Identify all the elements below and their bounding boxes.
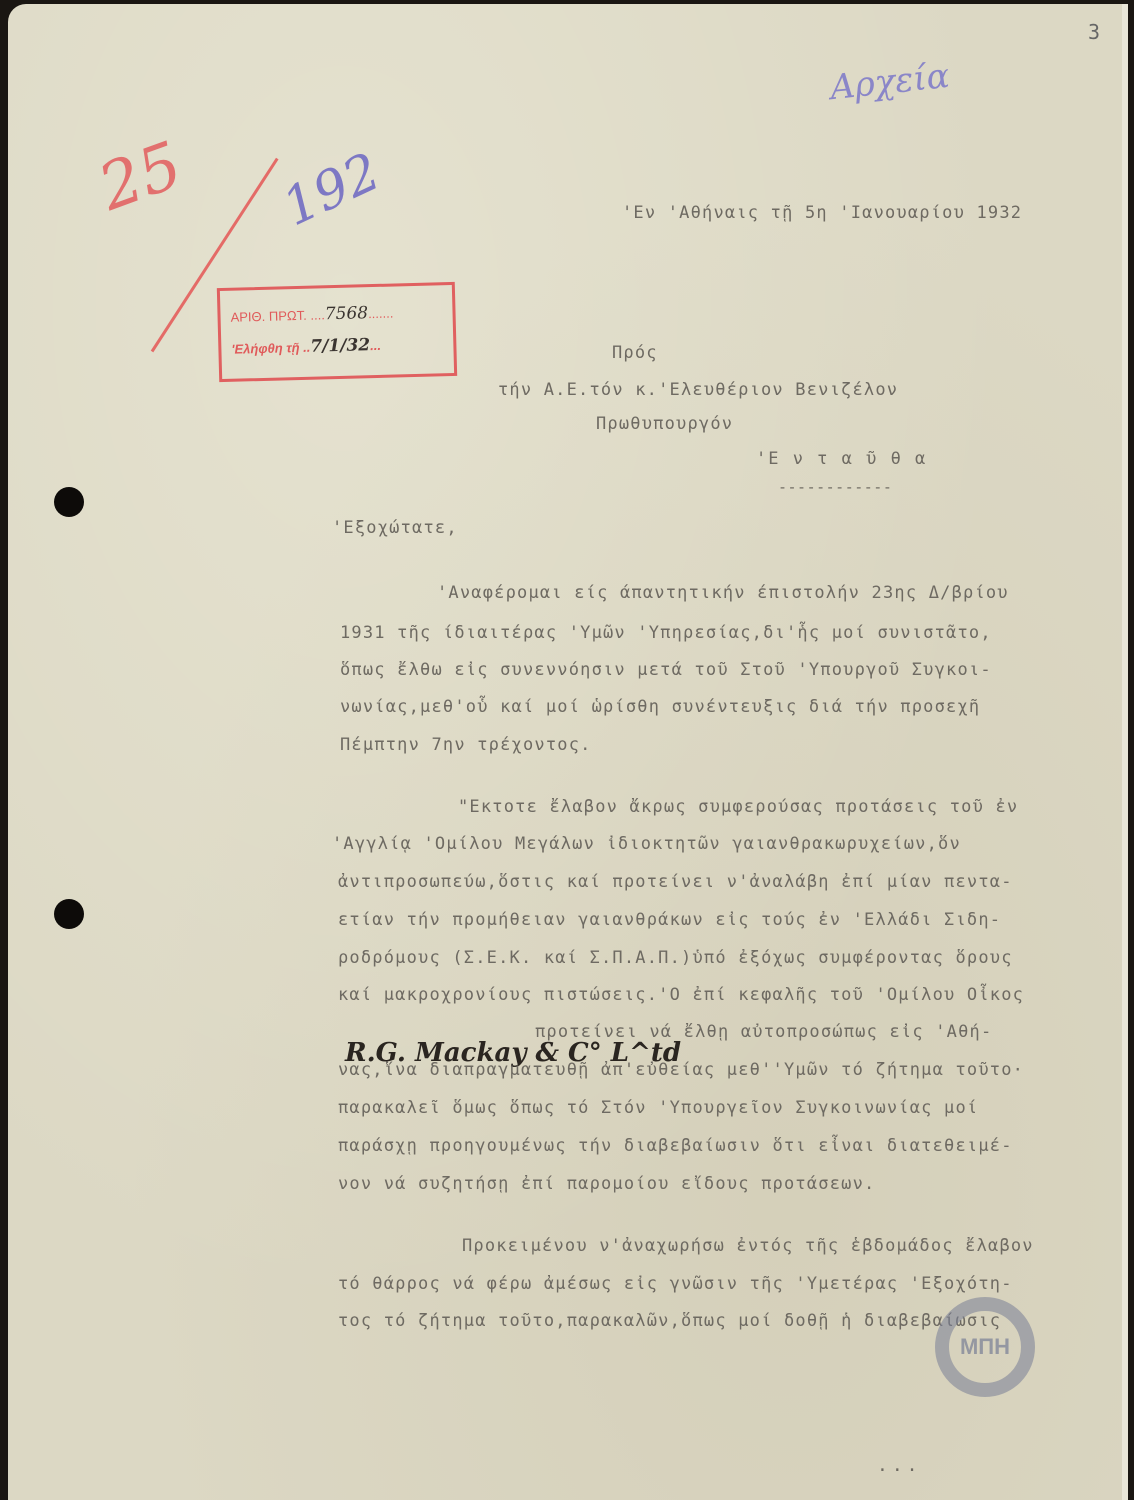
- punch-hole: [54, 487, 84, 517]
- stamp-received-label: 'Ελήφθη τῇ: [231, 340, 300, 357]
- body-line: νον νά συζητήσῃ ἐπί παρομοίου εἴδους προ…: [338, 1174, 875, 1194]
- body-line: προτείνει νά ἔλθῃ αὐτοπροσώπως εἰς 'Αθή-: [535, 1022, 992, 1042]
- body-line: νωνίας,μεθ'οὗ καί μοί ὡρίσθη συνέντευξις…: [340, 697, 980, 717]
- page-number: 3: [1088, 20, 1100, 44]
- continuation-marker: ...: [877, 1455, 922, 1476]
- received-stamp: ΑΡΙΘ. ΠΡΩΤ. ....7568....... 'Ελήφθη τῇ .…: [217, 282, 457, 382]
- punch-hole: [54, 899, 84, 929]
- body-line: 'Αναφέρομαι είς άπαντητικήν έπιστολήν 23…: [437, 583, 1009, 603]
- body-line: Πέμπτην 7ην τρέχοντος.: [340, 735, 592, 755]
- salutation: 'Εξοχώτατε,: [332, 518, 458, 538]
- body-line: ετίαν τήν προμήθειαν γαιανθράκων εἰς τού…: [338, 910, 1001, 930]
- body-line: παρακαλεῖ ὅμως ὅπως τό Στόν 'Υπουργεῖον …: [338, 1098, 978, 1118]
- address-recipient: τήν Α.Ε.τόν κ.'Ελευθέριον Βενιζέλον: [498, 380, 898, 400]
- location-underline: ------------: [778, 478, 892, 496]
- stamp-received-date: 7/1/32: [310, 335, 370, 357]
- body-line: "Εκτοτε ἔλαβον ἄκρως συμφερούσας προτάσε…: [458, 797, 1018, 817]
- body-line: τος τό ζήτημα τοῦτο,παρακαλῶν,ὅπως μοί δ…: [338, 1311, 1001, 1331]
- body-line: νας,ἵνα διαπραγματευθῇ ἀπ'εὐθείας μεθ''Υ…: [338, 1060, 1024, 1080]
- body-line: Προκειμένου ν'ἀναχωρήσω ἐντός τῆς ἑβδομά…: [462, 1236, 1034, 1256]
- body-line: ὅπως ἔλθω εἰς συνεννόησιν μετά τοῦ Στοῦ …: [340, 660, 992, 680]
- address-location: 'Ε ν τ α ῦ θ α: [756, 449, 927, 469]
- body-line: καί μακροχρονίους πιστώσεις.'Ο ἐπί κεφαλ…: [338, 985, 1024, 1005]
- body-line: τό θάρρος νά φέρω ἀμέσως εἰς γνῶσιν τῆς …: [338, 1274, 1013, 1294]
- body-line: παράσχῃ προηγουμένως τήν διαβεβαίωσιν ὅτ…: [338, 1136, 1013, 1156]
- body-line: ροδρόμους (Σ.Ε.Κ. καί Σ.Π.Α.Π.)ὑπό ἐξόχω…: [338, 948, 1013, 968]
- stamp-protocol-number: 7568: [325, 303, 369, 324]
- archive-seal-icon: ΜΠΗ: [935, 1297, 1035, 1397]
- body-line: 1931 τῆς ίδιαιτέρας 'Υμῶν 'Υπηρεσίας,δι'…: [340, 623, 992, 643]
- body-line: ἀντιπροσωπεύω,ὅστις καί προτείνει ν'ἀναλ…: [338, 872, 1013, 892]
- address-pros: Πρός: [612, 343, 658, 363]
- page-edge: [1122, 4, 1128, 1500]
- dateline: 'Εν 'Αθήναις τῇ 5η 'Ιανουαρίου 1932: [622, 203, 1022, 223]
- address-title: Πρωθυπουργόν: [596, 414, 733, 434]
- body-line: 'Αγγλίᾳ 'Ομίλου Μεγάλων ἰδιοκτητῶν γαιαν…: [332, 834, 961, 854]
- stamp-protocol-label: ΑΡΙΘ. ΠΡΩΤ.: [230, 308, 307, 325]
